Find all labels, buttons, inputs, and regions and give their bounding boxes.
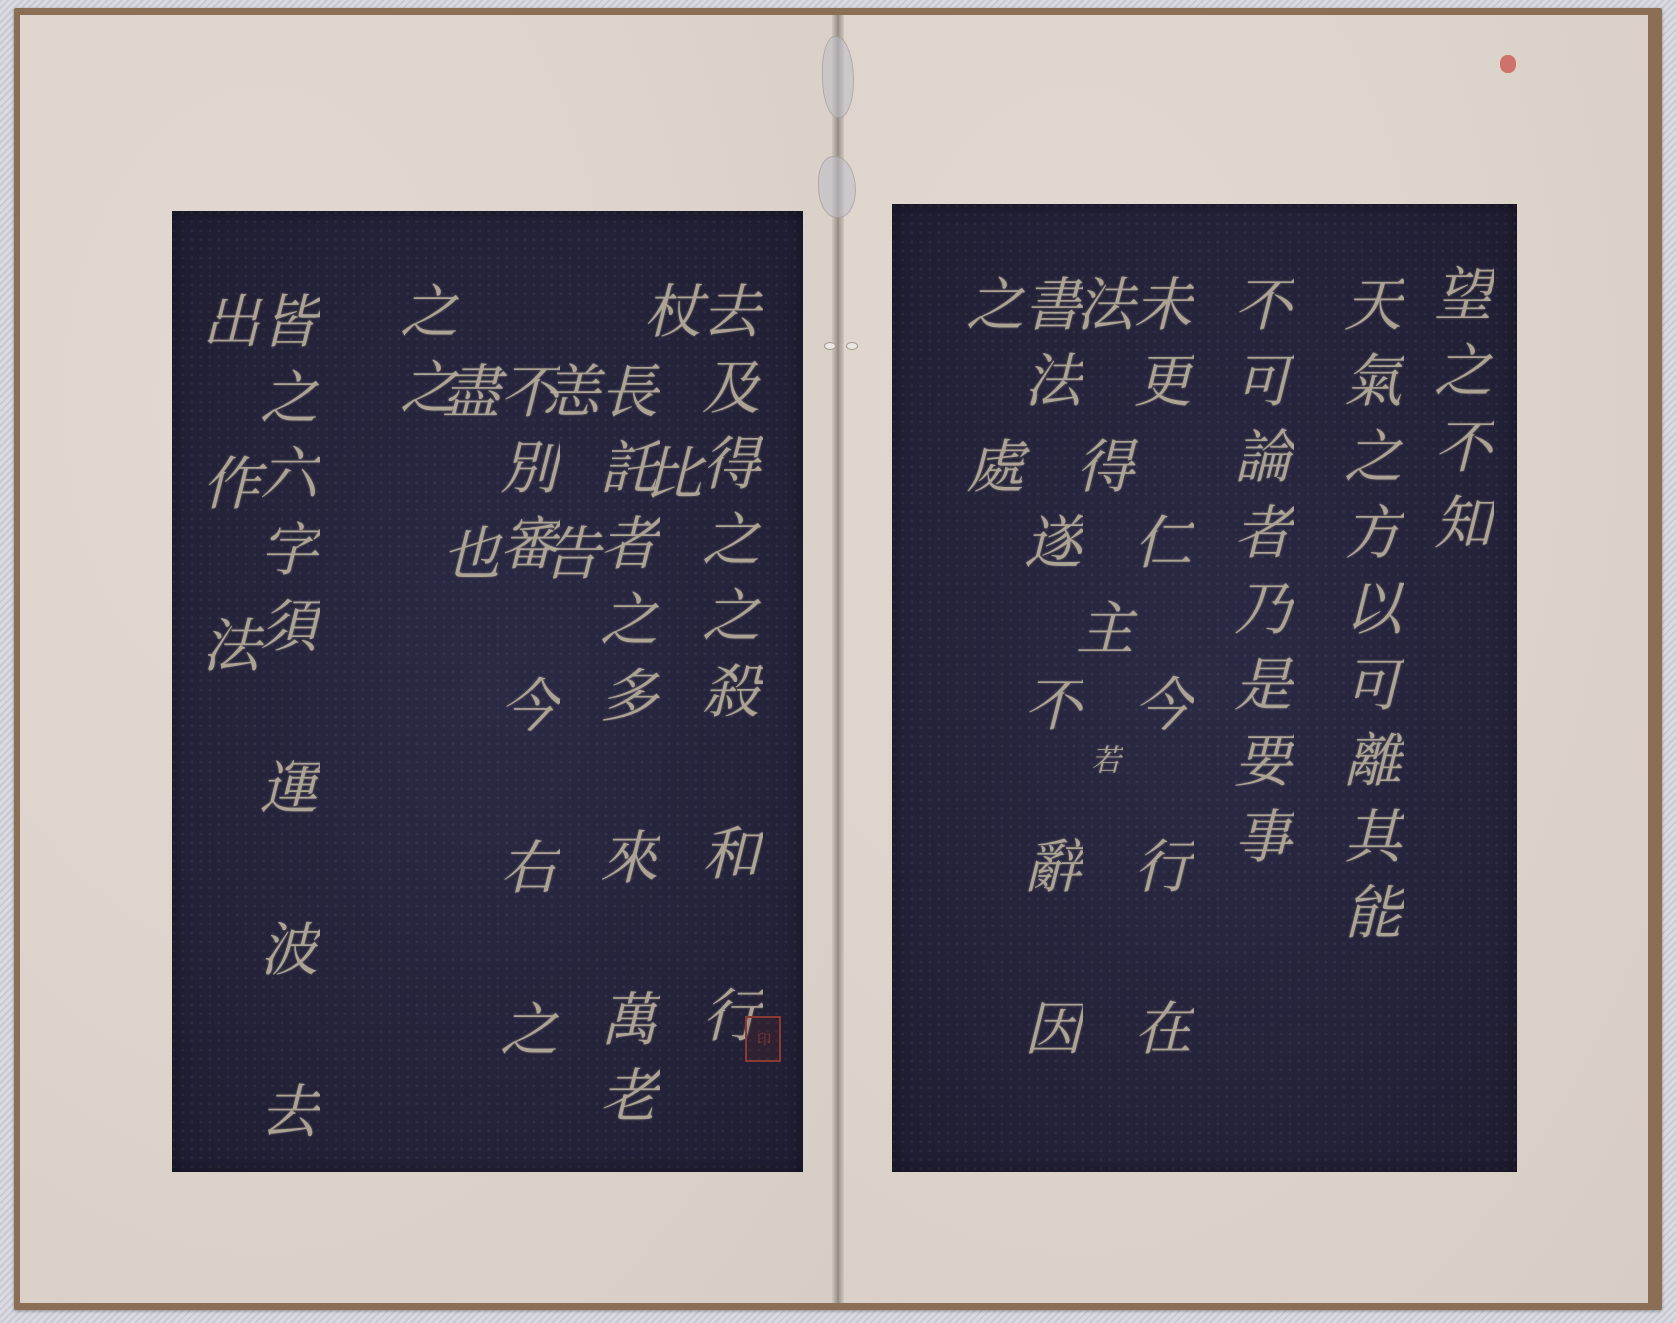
- binding-hole: [824, 342, 836, 350]
- right-column-5: 書法 遂 不 辭 因 之 處: [961, 274, 1077, 1172]
- binding-hole: [846, 342, 858, 350]
- left-column-3: 不別審 今 右 之 盡 也: [437, 361, 553, 1172]
- right-leaf: 望之不知 天氣之方以可離其能 不可論者乃是要事 未更 仁 今 行 在 法 得 主…: [838, 15, 1648, 1303]
- left-rubbing-panel: 去及得之之殺 和 行 杖 比 長託者之多 來 萬老 恙 告 不別審 今 右 之 …: [172, 211, 803, 1172]
- left-column-4: 之之: [395, 281, 453, 433]
- red-stain-mark: [1500, 55, 1516, 73]
- left-column-5: 皆之六字須 運 波 去 出 作 法: [197, 291, 313, 1172]
- right-column-3: 不可論者乃是要事: [1229, 274, 1287, 882]
- left-leaf: 去及得之之殺 和 行 杖 比 長託者之多 來 萬老 恙 告 不別審 今 右 之 …: [20, 15, 838, 1303]
- album-cover: 去及得之之殺 和 行 杖 比 長託者之多 來 萬老 恙 告 不別審 今 右 之 …: [14, 8, 1662, 1310]
- right-column-4: 未更 仁 今 行 在 法 得 主: [1071, 274, 1187, 1172]
- right-column-2: 天氣之方以可離其能: [1339, 274, 1397, 958]
- right-interlinear-note: 若: [1087, 744, 1117, 780]
- right-column-1: 望之不知: [1429, 264, 1487, 568]
- right-rubbing-panel: 望之不知 天氣之方以可離其能 不可論者乃是要事 未更 仁 今 行 在 法 得 主…: [892, 204, 1517, 1172]
- collector-seal: 印: [745, 1016, 781, 1062]
